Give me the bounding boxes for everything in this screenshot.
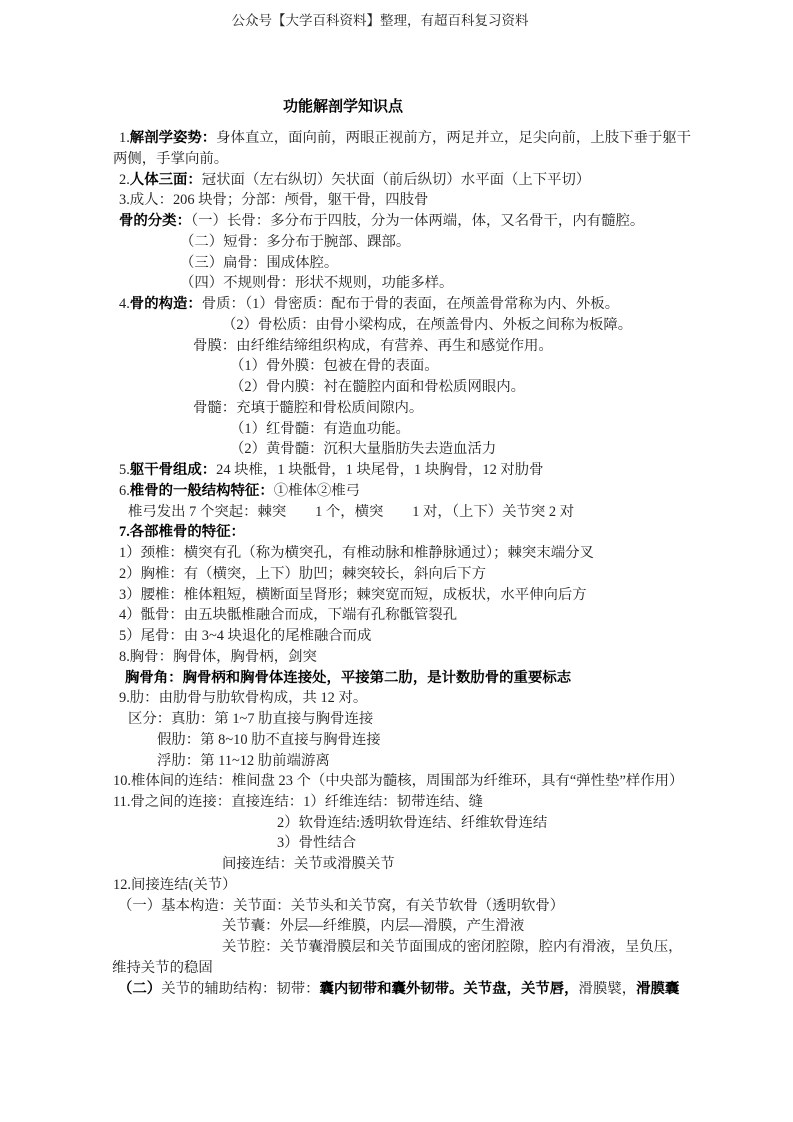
bold-text-segment: 解剖学姿势： [130, 130, 216, 146]
text-segment: 4. [119, 296, 130, 312]
text-line: 12.间接连结(关节） [113, 878, 237, 893]
text-segment: （二）短骨：多分布于腕部、踝部。 [180, 234, 410, 250]
text-line: 7.各部椎骨的特征： [119, 525, 245, 540]
text-line: 关节腔：关节囊滑膜层和关节面围成的密闭腔隙，腔内有滑液，呈负压， [222, 940, 683, 955]
text-segment: 浮肋：第 11~12 肋前端游离 [157, 753, 330, 769]
text-segment: 关节腔：关节囊滑膜层和关节面围成的密闭腔隙，腔内有滑液，呈负压， [222, 939, 683, 955]
bold-text-segment: 囊内韧带和囊外韧带。关节盘，关节唇， [320, 981, 579, 997]
bold-text-segment: （二） [118, 981, 161, 997]
text-line: （二）关节的辅助结构：韧带：囊内韧带和囊外韧带。关节盘，关节唇，滑膜襞，滑膜囊 [118, 982, 679, 997]
text-line: 2）胸椎：有（横突，上下）肋凹；棘突较长，斜向后下方 [119, 567, 486, 582]
text-line: 间接连结：关节或滑膜关节 [222, 857, 395, 872]
text-segment: 2）胸椎：有（横突，上下）肋凹；棘突较长，斜向后下方 [119, 566, 486, 582]
text-segment: 关节囊：外层—纤维膜，内层—滑膜，产生滑液 [222, 918, 524, 934]
text-line: 9.肋：由肋骨与肋软骨构成，共 12 对。 [119, 691, 367, 706]
text-segment: 区分：真肋：第 1~7 肋直接与胸骨连接 [128, 711, 373, 727]
text-segment: 3）腰椎：椎体粗短，横断面呈肾形；棘突宽而短，成板状，水平伸向后方 [119, 587, 587, 603]
text-segment: 冠状面（左右纵切）矢状面（前后纵切）水平面（上下平切） [202, 172, 591, 188]
bold-text-segment: 骨的构造： [130, 296, 202, 312]
text-segment: ①椎体②椎弓 [274, 483, 360, 499]
text-segment: 骨膜：由纤维结缔组织构成，有营养、再生和感觉作用。 [193, 338, 553, 354]
text-line: （1）骨外膜：包被在骨的表面。 [230, 359, 439, 374]
text-line: 区分：真肋：第 1~7 肋直接与胸骨连接 [128, 712, 373, 727]
text-line: 11.骨之间的连接：直接连结：1）纤维连结：韧带连结、缝 [113, 795, 483, 810]
text-line: 关节囊：外层—纤维膜，内层—滑膜，产生滑液 [222, 919, 524, 934]
text-line: （2）骨松质：由骨小梁构成，在颅盖骨内、外板之间称为板障。 [222, 318, 632, 333]
text-segment: 12.间接连结(关节） [113, 877, 237, 893]
document-page: 公众号【大学百科资料】整理，有超百科复习资料 功能解剖学知识点 1.解剖学姿势：… [0, 0, 793, 1122]
text-line: 6.椎骨的一般结构特征：①椎体②椎弓 [119, 484, 360, 499]
text-segment: 假肋：第 8~10 肋不直接与胸骨连接 [157, 732, 381, 748]
text-line: 3.成人：206 块骨；分部：颅骨，躯干骨，四肢骨 [119, 193, 428, 208]
text-segment: 间接连结：关节或滑膜关节 [222, 856, 395, 872]
text-line: （一）基本构造：关节面：关节头和关节窝，有关节软骨（透明软骨） [118, 899, 564, 914]
page-header: 公众号【大学百科资料】整理，有超百科复习资料 [0, 13, 760, 29]
text-segment: 10.椎体间的连结：椎间盘 23 个（中央部为髓核，周围部为纤维环，具有“弹性垫… [113, 773, 683, 789]
text-line: 胸骨角：胸骨柄和胸骨体连接处，平接第二肋，是计数肋骨的重要标志 [125, 671, 571, 686]
text-line: 1）颈椎：横突有孔（称为横突孔，有椎动脉和椎静脉通过）；棘突末端分叉 [119, 546, 594, 561]
text-segment: 2）软骨连结:透明软骨连结、纤维软骨连结 [277, 815, 547, 831]
text-segment: 6. [119, 483, 130, 499]
text-segment: 9.肋：由肋骨与肋软骨构成，共 12 对。 [119, 690, 367, 706]
text-segment: （一）长骨：多分布于四肢，分为一体两端，体，又名骨干，内有髓腔。 [191, 213, 644, 229]
text-segment: （2）骨内膜：衬在髓腔内面和骨松质网眼内。 [230, 379, 525, 395]
text-segment: 骨髓：充填于髓腔和骨松质间隙内。 [193, 400, 423, 416]
text-line: （二）短骨：多分布于腕部、踝部。 [180, 235, 410, 250]
text-line: 假肋：第 8~10 肋不直接与胸骨连接 [157, 733, 381, 748]
text-line: 5）尾骨：由 3~4 块退化的尾椎融合而成 [119, 629, 371, 644]
text-segment: 维持关节的稳固 [112, 960, 213, 976]
text-segment: （1）骨外膜：包被在骨的表面。 [230, 358, 439, 374]
text-line: （三）扁骨：围成体腔。 [180, 256, 338, 271]
text-segment: （一）基本构造：关节面：关节头和关节窝，有关节软骨（透明软骨） [118, 898, 564, 914]
text-segment: 滑膜襞， [579, 981, 637, 997]
text-segment: 24 块椎，1 块骶骨，1 块尾骨，1 块胸骨，12 对肋骨 [216, 462, 543, 478]
text-segment: 1. [119, 130, 130, 146]
text-segment: （四）不规则骨：形状不规则，功能多样。 [180, 275, 453, 291]
text-line: 2）软骨连结:透明软骨连结、纤维软骨连结 [277, 816, 547, 831]
bold-text-segment: 椎骨的一般结构特征： [130, 483, 274, 499]
text-line: 4.骨的构造：骨质：（1）骨密质：配布于骨的表面，在颅盖骨常称为内、外板。 [119, 297, 619, 312]
page-title: 功能解剖学知识点 [283, 95, 403, 116]
bold-text-segment: 人体三面： [130, 172, 202, 188]
text-line: （2）黄骨髓：沉积大量脂肪失去造血活力 [230, 442, 496, 457]
text-segment: 两侧，手掌向前。 [113, 151, 228, 167]
bold-text-segment: 7.各部椎骨的特征： [119, 524, 245, 540]
text-segment: （2）骨松质：由骨小梁构成，在颅盖骨内、外板之间称为板障。 [222, 317, 632, 333]
text-line: 维持关节的稳固 [112, 961, 213, 976]
text-line: 骨的分类：（一）长骨：多分布于四肢，分为一体两端，体，又名骨干，内有髓腔。 [119, 214, 644, 229]
bold-text-segment: 躯干骨组成： [130, 462, 216, 478]
bold-text-segment: 滑膜囊 [636, 981, 679, 997]
text-line: （2）骨内膜：衬在髓腔内面和骨松质网眼内。 [230, 380, 525, 395]
text-segment: 4）骶骨：由五块骶椎融合而成，下端有孔称骶管裂孔 [119, 607, 457, 623]
bold-text-segment: 胸骨角：胸骨柄和胸骨体连接处，平接第二肋，是计数肋骨的重要标志 [125, 670, 571, 686]
text-segment: 关节的辅助结构：韧带： [161, 981, 319, 997]
text-segment: （三）扁骨：围成体腔。 [180, 255, 338, 271]
text-line: 3）腰椎：椎体粗短，横断面呈肾形；棘突宽而短，成板状，水平伸向后方 [119, 588, 587, 603]
text-line: 5.躯干骨组成：24 块椎，1 块骶骨，1 块尾骨，1 块胸骨，12 对肋骨 [119, 463, 544, 478]
bold-text-segment: 骨的分类： [119, 213, 191, 229]
text-line: 8.胸骨：胸骨体，胸骨柄，剑突 [119, 650, 317, 665]
text-segment: 椎弓发出 7 个突起：棘突 1 个，横突 1 对，（上下）关节突 2 对 [128, 504, 574, 520]
text-segment: 5）尾骨：由 3~4 块退化的尾椎融合而成 [119, 628, 371, 644]
text-line: 骨髓：充填于髓腔和骨松质间隙内。 [193, 401, 423, 416]
text-line: 4）骶骨：由五块骶椎融合而成，下端有孔称骶管裂孔 [119, 608, 457, 623]
text-line: （四）不规则骨：形状不规则，功能多样。 [180, 276, 453, 291]
text-line: 3）骨性结合 [277, 836, 356, 851]
text-segment: （2）黄骨髓：沉积大量脂肪失去造血活力 [230, 441, 496, 457]
text-segment: 5. [119, 462, 130, 478]
text-line: 2.人体三面：冠状面（左右纵切）矢状面（前后纵切）水平面（上下平切） [119, 173, 590, 188]
text-line: 10.椎体间的连结：椎间盘 23 个（中央部为髓核，周围部为纤维环，具有“弹性垫… [113, 774, 683, 789]
text-line: （1）红骨髓：有造血功能。 [230, 422, 410, 437]
text-line: 椎弓发出 7 个突起：棘突 1 个，横突 1 对，（上下）关节突 2 对 [128, 505, 574, 520]
text-segment: 1）颈椎：横突有孔（称为横突孔，有椎动脉和椎静脉通过）；棘突末端分叉 [119, 545, 594, 561]
text-segment: 身体直立，面向前，两眼正视前方，两足并立，足尖向前，上肢下垂于躯干 [216, 130, 691, 146]
text-line: 1.解剖学姿势：身体直立，面向前，两眼正视前方，两足并立，足尖向前，上肢下垂于躯… [119, 131, 691, 146]
text-segment: （1）红骨髓：有造血功能。 [230, 421, 410, 437]
text-line: 骨膜：由纤维结缔组织构成，有营养、再生和感觉作用。 [193, 339, 553, 354]
text-segment: 8.胸骨：胸骨体，胸骨柄，剑突 [119, 649, 317, 665]
text-line: 浮肋：第 11~12 肋前端游离 [157, 754, 330, 769]
text-segment: 3.成人：206 块骨；分部：颅骨，躯干骨，四肢骨 [119, 192, 428, 208]
text-segment: 2. [119, 172, 130, 188]
text-segment: 11.骨之间的连接：直接连结：1）纤维连结：韧带连结、缝 [113, 794, 483, 810]
text-segment: 3）骨性结合 [277, 835, 356, 851]
text-line: 两侧，手掌向前。 [113, 152, 228, 167]
text-segment: 骨质：（1）骨密质：配布于骨的表面，在颅盖骨常称为内、外板。 [202, 296, 619, 312]
